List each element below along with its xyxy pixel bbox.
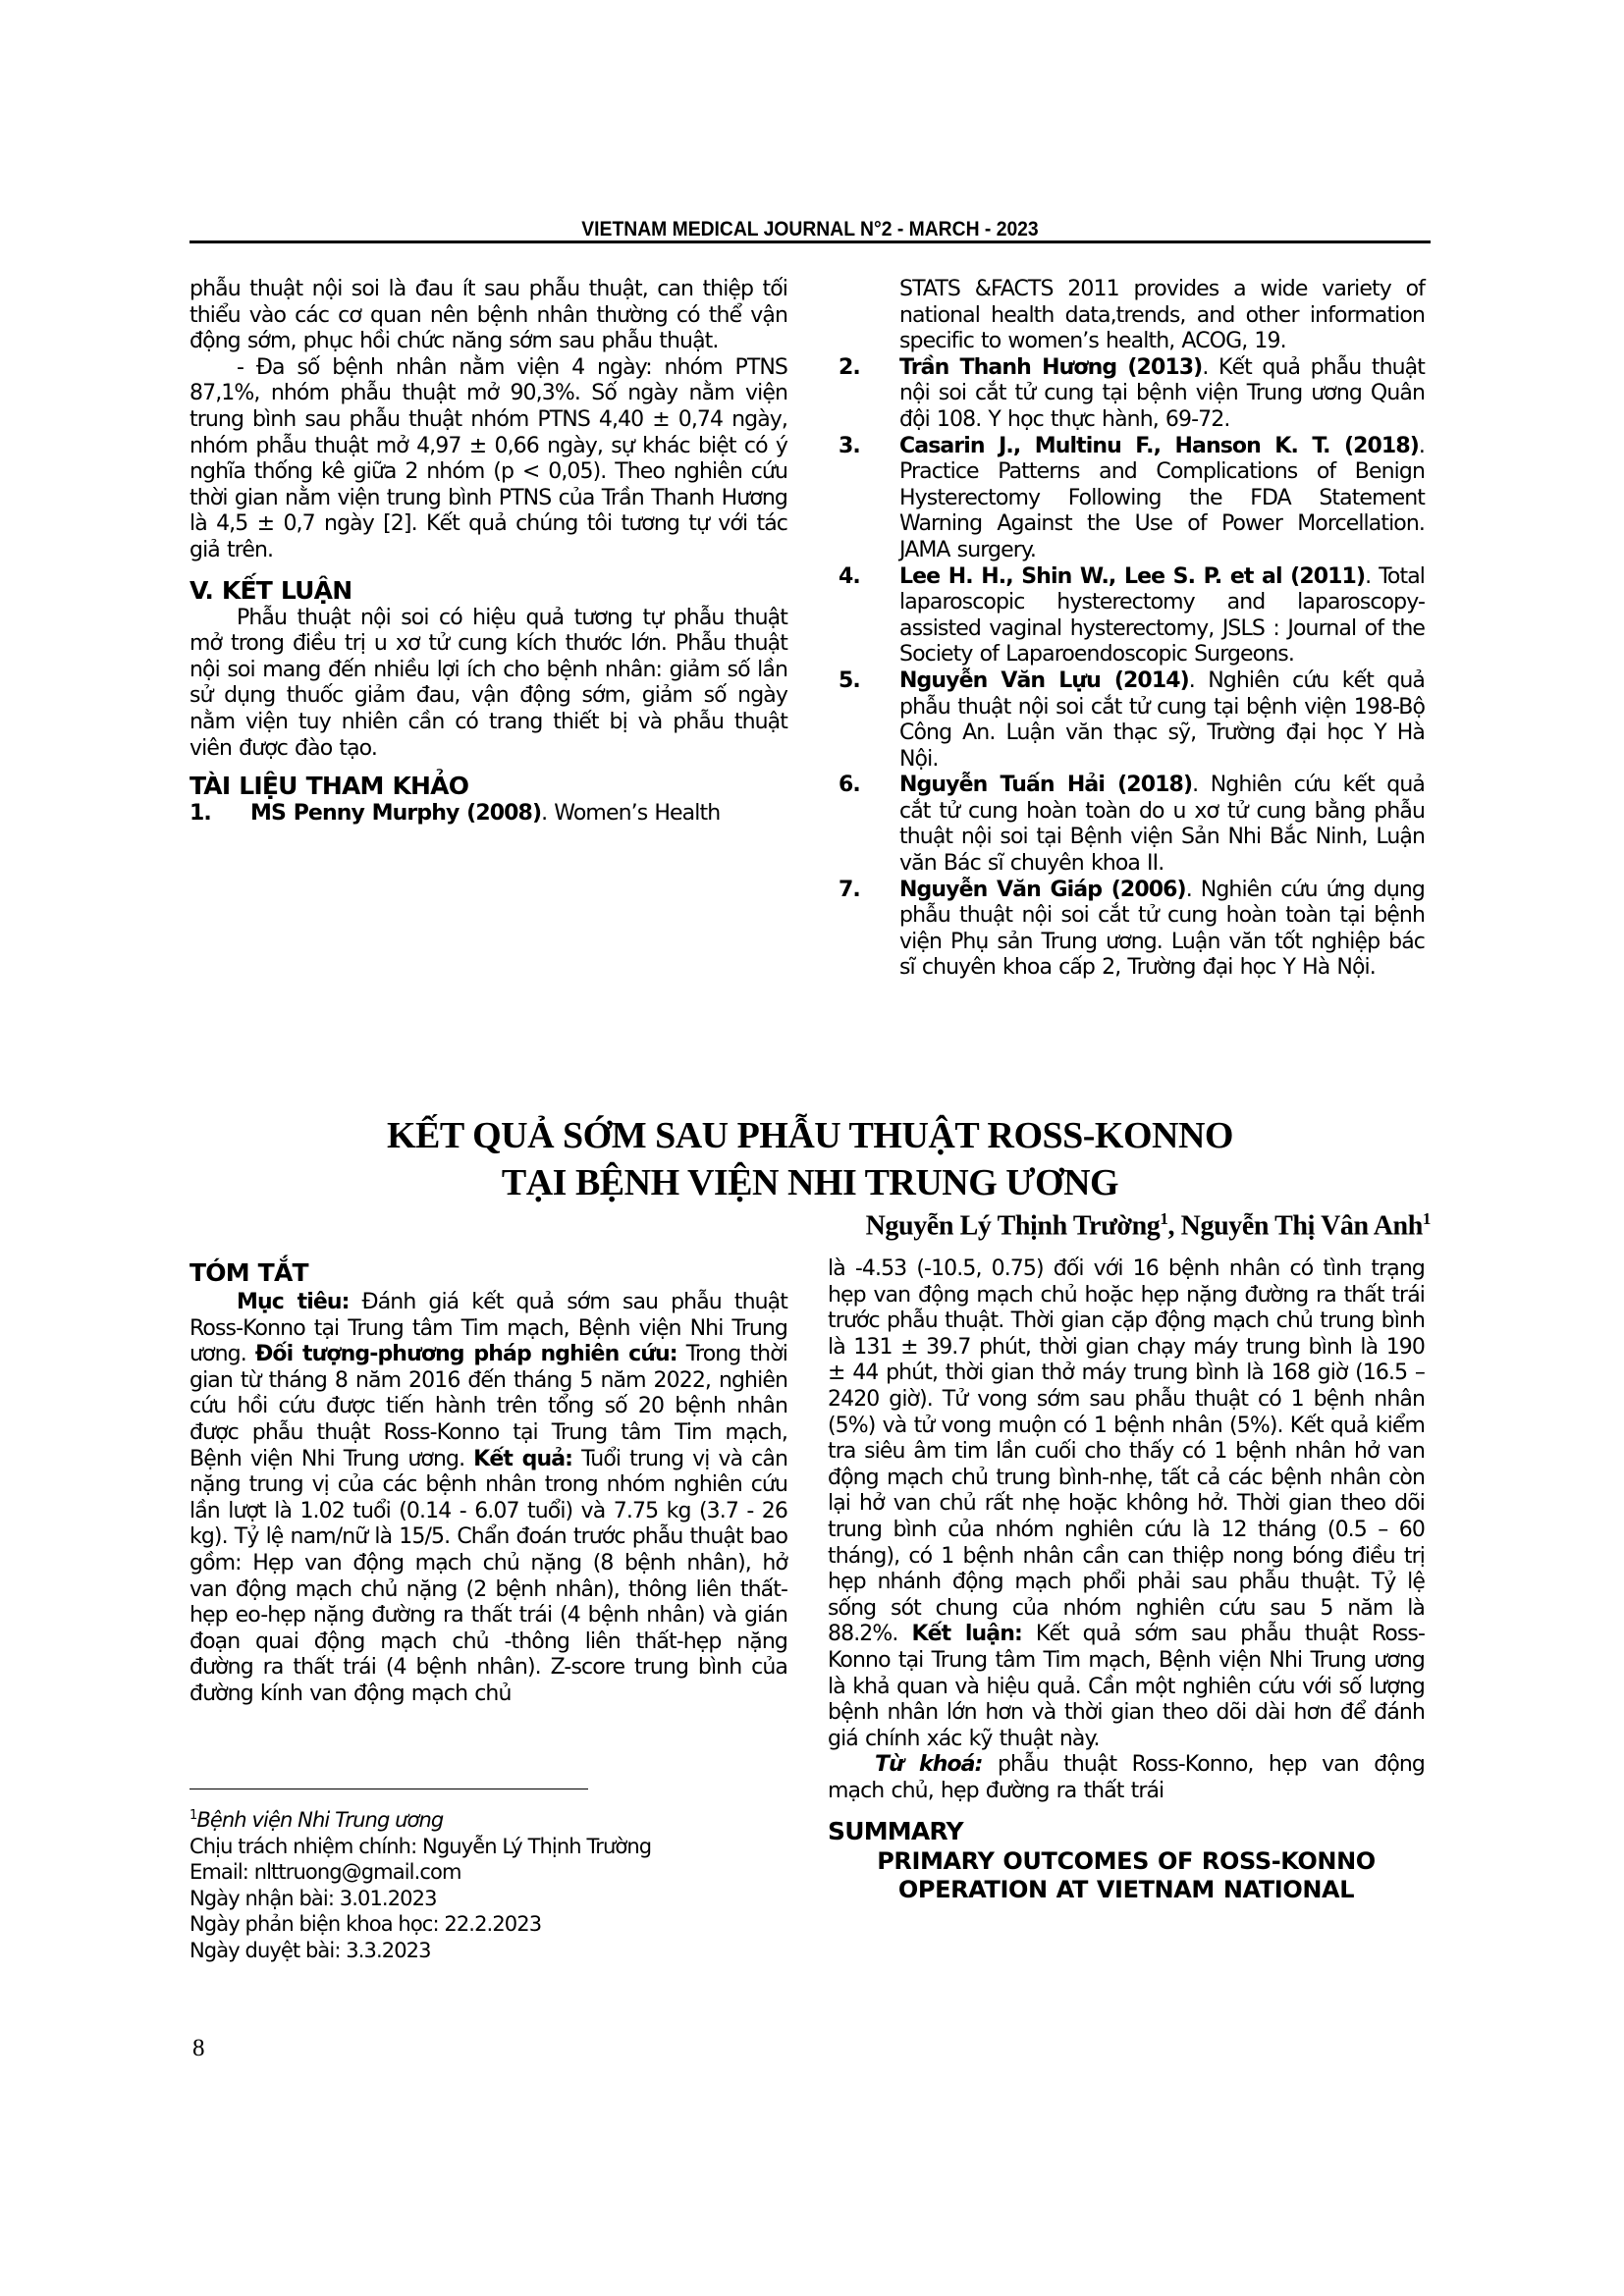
abstract-left-column: TÓM TẮT Mục tiêu: Đánh giá kết quả sớm s…	[189, 1256, 787, 1708]
reference-item: 1.MS Penny Murphy (2008). Women’s Health	[189, 801, 787, 828]
article-title-line-1: KẾT QUẢ SỚM SAU PHẪU THUẬT ROSS-KONNO	[189, 1112, 1431, 1159]
footnote-corresponding-author: Chịu trách nhiệm chính: Nguyễn Lý Thịnh …	[189, 1834, 787, 1860]
previous-article-right-column: STATS &FACTS 2011 provides a wide variet…	[839, 277, 1425, 982]
abstract-paragraph: Mục tiêu: Đánh giá kết quả sớm sau phẫu …	[189, 1290, 787, 1708]
author-affiliation-mark: 1	[1423, 1209, 1431, 1228]
reference-authors: Trần Thanh Hương (2013)	[899, 355, 1202, 380]
footnote-rule	[189, 1789, 588, 1789]
article-authors: Nguyễn Lý Thịnh Trường1, Nguyễn Thị Vân …	[189, 1209, 1431, 1242]
article-title-line-2: TẠI BỆNH VIỆN NHI TRUNG ƯƠNG	[189, 1159, 1431, 1206]
header-rule	[189, 240, 1431, 243]
author-name: Nguyễn Lý Thịnh Trường	[866, 1210, 1161, 1241]
reference-item: 4.Lee H. H., Shin W., Lee S. P. et al (2…	[839, 564, 1425, 668]
keywords: Từ khoá: phẫu thuật Ross-Konno, hẹp van …	[828, 1752, 1425, 1804]
abstract-paragraph-continued: là -4.53 (-10.5, 0.75) đối với 16 bệnh n…	[828, 1256, 1425, 1752]
page-number: 8	[192, 2035, 205, 2062]
reference-authors: Nguyễn Văn Lựu (2014)	[899, 668, 1189, 693]
keywords-label: Từ khoá:	[875, 1752, 983, 1777]
abstract-heading: TÓM TẮT	[189, 1256, 787, 1290]
footnote-received-date: Ngày nhận bài: 3.01.2023	[189, 1886, 787, 1912]
abstract-label-results: Kết quả:	[473, 1447, 572, 1471]
footnote-accepted-date: Ngày duyệt bài: 3.3.2023	[189, 1938, 787, 1964]
reference-authors: Casarin J., Multinu F., Hanson K. T. (20…	[899, 434, 1419, 458]
section-heading-references: TÀI LIỆU THAM KHẢO	[189, 772, 787, 801]
reference-authors: Lee H. H., Shin W., Lee S. P. et al (201…	[899, 564, 1365, 589]
abstract-label-conclusion: Kết luận:	[911, 1622, 1021, 1646]
body-paragraph: phẫu thuật nội soi là đau ít sau phẫu th…	[189, 277, 787, 355]
abstract-label-methods: Đối tượng-phương pháp nghiên cứu:	[255, 1342, 677, 1366]
summary-heading: SUMMARY	[828, 1816, 1425, 1847]
reference-item: 3.Casarin J., Multinu F., Hanson K. T. (…	[839, 434, 1425, 564]
abstract-label-objective: Mục tiêu:	[237, 1290, 350, 1314]
previous-article-left-column: phẫu thuật nội soi là đau ít sau phẫu th…	[189, 277, 787, 828]
footnote-email: Email: nlttruong@gmail.com	[189, 1859, 787, 1886]
conclusion-paragraph: Phẫu thuật nội soi có hiệu quả tương tự …	[189, 606, 787, 763]
article-title: KẾT QUẢ SỚM SAU PHẪU THUẬT ROSS-KONNO TẠ…	[189, 1112, 1431, 1206]
reference-item-continuation: STATS &FACTS 2011 provides a wide variet…	[839, 277, 1425, 355]
reference-item: 6.Nguyễn Tuấn Hải (2018). Nghiên cứu kết…	[839, 773, 1425, 877]
reference-item: 7.Nguyễn Văn Giáp (2006). Nghiên cứu ứng…	[839, 878, 1425, 982]
reference-authors: Nguyễn Tuấn Hải (2018)	[899, 773, 1192, 797]
reference-authors: Nguyễn Văn Giáp (2006)	[899, 878, 1186, 902]
footnote: 1Bệnh viện Nhi Trung ương Chịu trách nhi…	[189, 1803, 787, 1964]
footnote-affiliation: 1Bệnh viện Nhi Trung ương	[189, 1803, 787, 1834]
reference-authors: MS Penny Murphy (2008)	[250, 801, 541, 826]
section-heading-conclusion: V. KẾT LUẬN	[189, 576, 787, 606]
body-paragraph: - Đa số bệnh nhân nằm viện 4 ngày: nhóm …	[189, 355, 787, 564]
summary-title: PRIMARY OUTCOMES OF ROSS-KONNO OPERATION…	[828, 1847, 1425, 1904]
running-header: VIETNAM MEDICAL JOURNAL N°2 - MARCH - 20…	[240, 218, 1381, 241]
footnote-review-date: Ngày phản biện khoa học: 22.2.2023	[189, 1911, 787, 1938]
author-name: Nguyễn Thị Vân Anh	[1181, 1210, 1423, 1241]
reference-item: 2.Trần Thanh Hương (2013). Kết quả phẫu …	[839, 355, 1425, 434]
abstract-right-column: là -4.53 (-10.5, 0.75) đối với 16 bệnh n…	[828, 1256, 1425, 1904]
reference-item: 5.Nguyễn Văn Lựu (2014). Nghiên cứu kết …	[839, 668, 1425, 773]
